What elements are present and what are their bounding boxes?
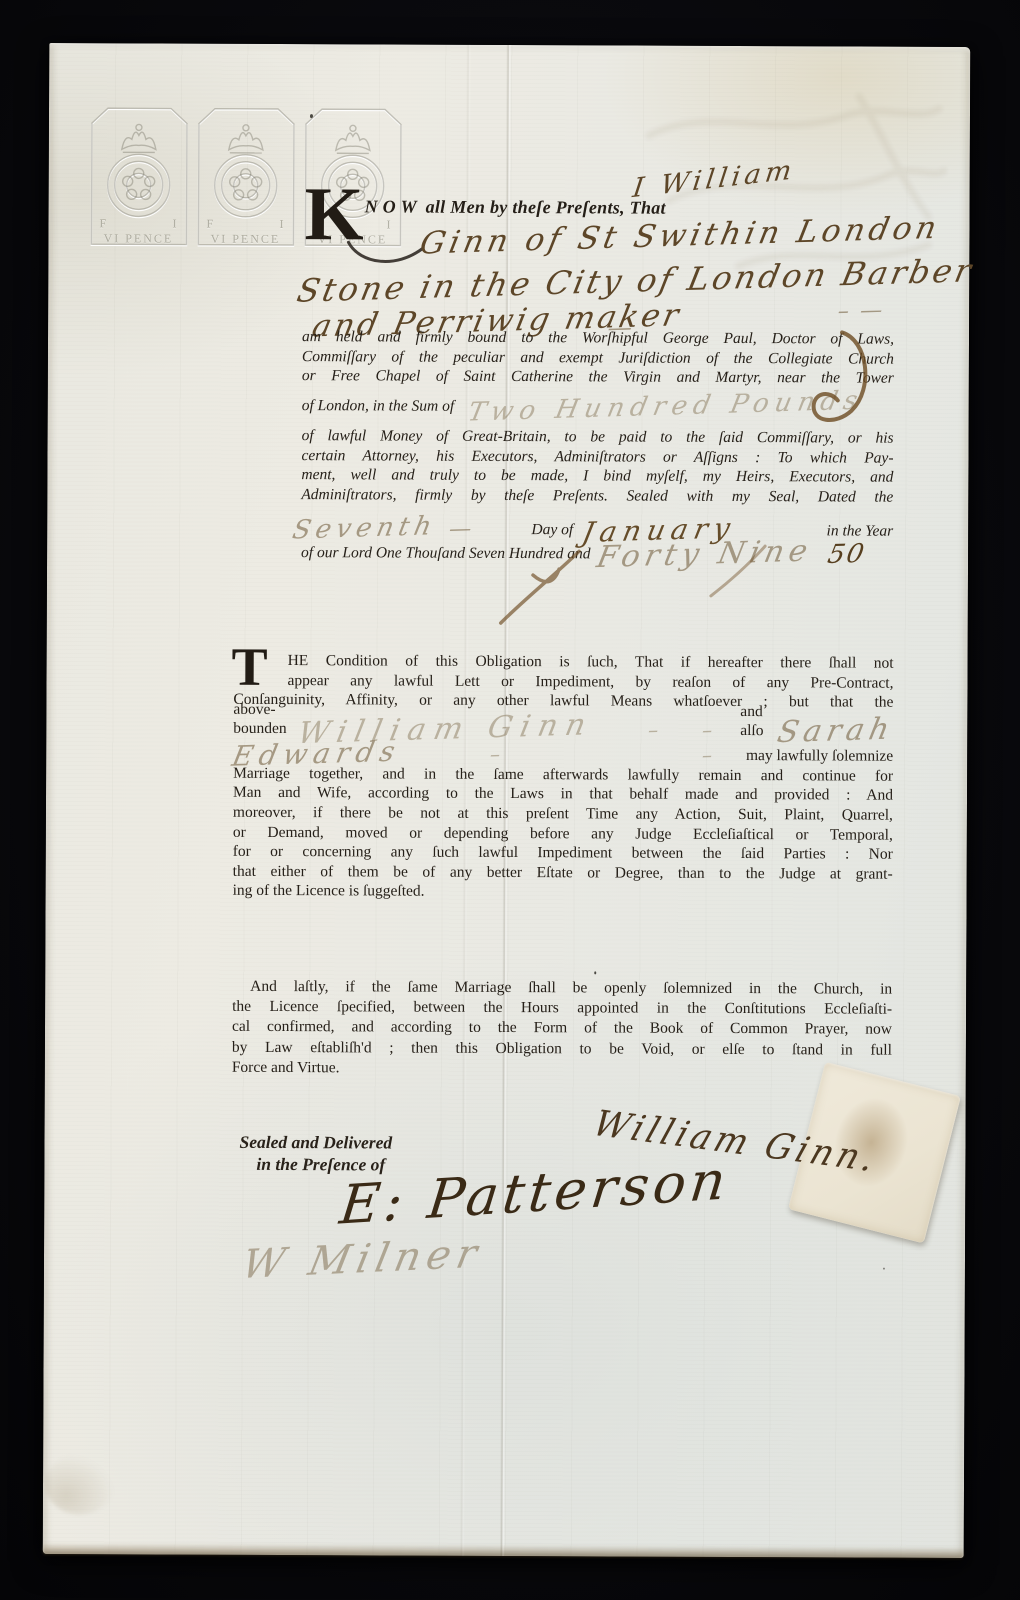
- attestation-line-1: Sealed and Delivered: [239, 1132, 392, 1154]
- penalty-clause-paragraph: of lawful Money of Great-Britain, to be …: [301, 426, 894, 565]
- opening-caps: NOW: [365, 196, 422, 216]
- handwritten-year-numerals: 50: [825, 545, 866, 566]
- printed-line: of lawful Money of Great-Britain, to be …: [302, 426, 894, 448]
- printed-in-the-year-label: in the Year: [827, 521, 894, 541]
- photo-of-marriage-bond: { "colors": { "backdrop": "#0a0a0e", "pa…: [0, 0, 1020, 1600]
- dropcap-swash: [344, 238, 428, 268]
- stamp-letter-right: I: [172, 217, 176, 231]
- ink-speck: [883, 1268, 885, 1270]
- handwritten-dashes-right: – —: [835, 298, 886, 324]
- printed-line: cal confirmed, and according to the Form…: [232, 1017, 892, 1040]
- printed-line: ment, well and truly to be made, I bind …: [301, 465, 893, 487]
- ink-speck: [594, 971, 596, 974]
- handwritten-dash: –: [700, 721, 716, 741]
- condition-clause-paragraph: HE Condition of this Obligation is ſuch,…: [233, 651, 894, 904]
- handwritten-obligor-name-start: I William: [631, 155, 798, 204]
- embossed-revenue-stamp: F I VI PENCE: [88, 105, 190, 247]
- stamp-letter-left: F: [99, 216, 106, 230]
- handwritten-day: Seventh: [291, 517, 438, 541]
- embossed-revenue-stamp: F I VI PENCE: [195, 106, 297, 248]
- corner-stain: [45, 1454, 115, 1514]
- handwritten-dash: –: [700, 746, 716, 766]
- printed-line: certain Attorney, his Executors, Adminiſ…: [301, 446, 893, 468]
- printed-line: moreover, if there be not at this preſen…: [233, 803, 893, 825]
- handwritten-dash: —: [447, 519, 475, 539]
- printed-may-lawfully-solemnize: may lawfully ſolemnize: [746, 746, 893, 766]
- printed-line: by Law eſtabliſh'd ; then this Obligatio…: [232, 1037, 892, 1060]
- opening-printed-line: NOWall Men by theſe Preſents, That: [365, 196, 666, 218]
- stamp-letter-right: I: [386, 217, 390, 231]
- printed-line: the Licence ſpecified, between the Hours…: [232, 997, 892, 1020]
- stamp-value-text: VI PENCE: [211, 232, 281, 246]
- stamp-value-text: VI PENCE: [104, 231, 174, 245]
- printed-line: for or concerning any ſuch lawful Impedi…: [233, 842, 893, 864]
- stamp-letter-right: I: [279, 217, 283, 231]
- printed-day-of-label: Day of: [531, 520, 573, 540]
- ink-descender-flourish-2: [705, 542, 775, 602]
- printed-line: of London, in the Sum of: [302, 396, 455, 416]
- printed-line: And laſtly, if the ſame Marriage ſhall b…: [232, 977, 892, 1000]
- bond-document-sheet: F I VI PENCE F I: [43, 43, 971, 1558]
- printed-line: Adminiſtrators, firmly by theſe Preſents…: [301, 485, 893, 507]
- printed-and-also: and alſo: [740, 702, 768, 741]
- stamp-letter-left: F: [206, 217, 213, 231]
- witness2-signature: W Milner: [238, 1231, 487, 1288]
- handwritten-dash: –: [488, 745, 504, 765]
- printed-above-bounden: above-bounden: [233, 699, 287, 738]
- handwritten-dash: –: [646, 721, 662, 741]
- ink-descender-flourish: [495, 547, 585, 631]
- handwritten-bride-forename: Sarah: [776, 720, 896, 743]
- printed-line: ing of the Licence is ſuggeſted.: [233, 881, 893, 903]
- lastly-clause-paragraph: And laſtly, if the ſame Marriage ſhall b…: [232, 977, 892, 1081]
- handwritten-bride-surname: Edwards: [231, 742, 403, 767]
- witness1-signature: E: Patterson: [337, 1149, 733, 1237]
- ink-flourish-loop: [790, 326, 883, 444]
- printed-line: Force and Virtue.: [232, 1058, 892, 1081]
- printed-line: HE Condition of this Obligation is ſuch,…: [234, 651, 894, 673]
- opening-rest: all Men by theſe Preſents, That: [426, 197, 666, 218]
